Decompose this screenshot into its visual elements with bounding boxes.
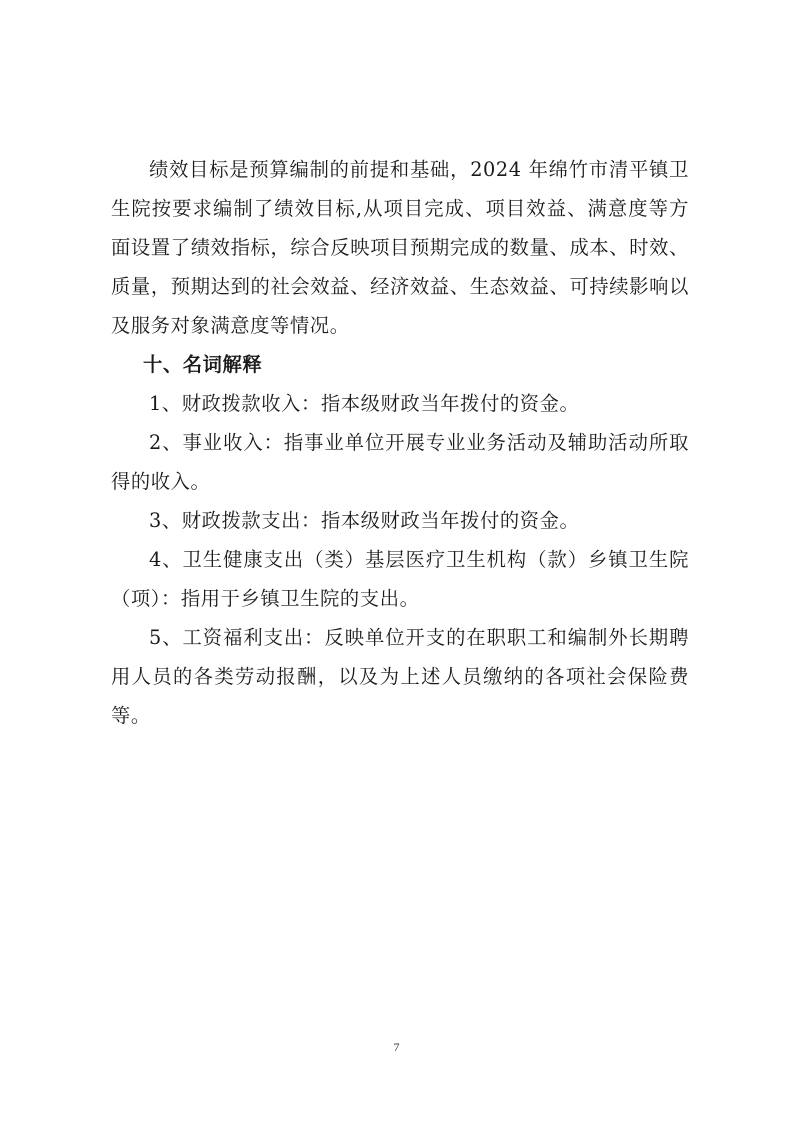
document-page: 绩效目标是预算编制的前提和基础，2024 年绵竹市清平镇卫生院按要求编制了绩效目… [0, 0, 793, 1122]
glossary-item-2: 2、事业收入：指事业单位开展专业业务活动及辅助活动所取得的收入。 [111, 423, 689, 501]
glossary-item-4: 4、卫生健康支出（类）基层医疗卫生机构（款）乡镇卫生院（项）：指用于乡镇卫生院的… [111, 540, 689, 618]
glossary-item-1: 1、财政拨款收入：指本级财政当年拨付的资金。 [111, 384, 689, 423]
section-heading-glossary: 十、名词解释 [111, 345, 689, 384]
page-number: 7 [0, 1040, 793, 1055]
performance-goal-paragraph: 绩效目标是预算编制的前提和基础，2024 年绵竹市清平镇卫生院按要求编制了绩效目… [111, 150, 689, 345]
glossary-item-5: 5、工资福利支出：反映单位开支的在职职工和编制外长期聘用人员的各类劳动报酬，以及… [111, 618, 689, 735]
page-content: 绩效目标是预算编制的前提和基础，2024 年绵竹市清平镇卫生院按要求编制了绩效目… [111, 150, 689, 735]
glossary-item-3: 3、财政拨款支出：指本级财政当年拨付的资金。 [111, 501, 689, 540]
